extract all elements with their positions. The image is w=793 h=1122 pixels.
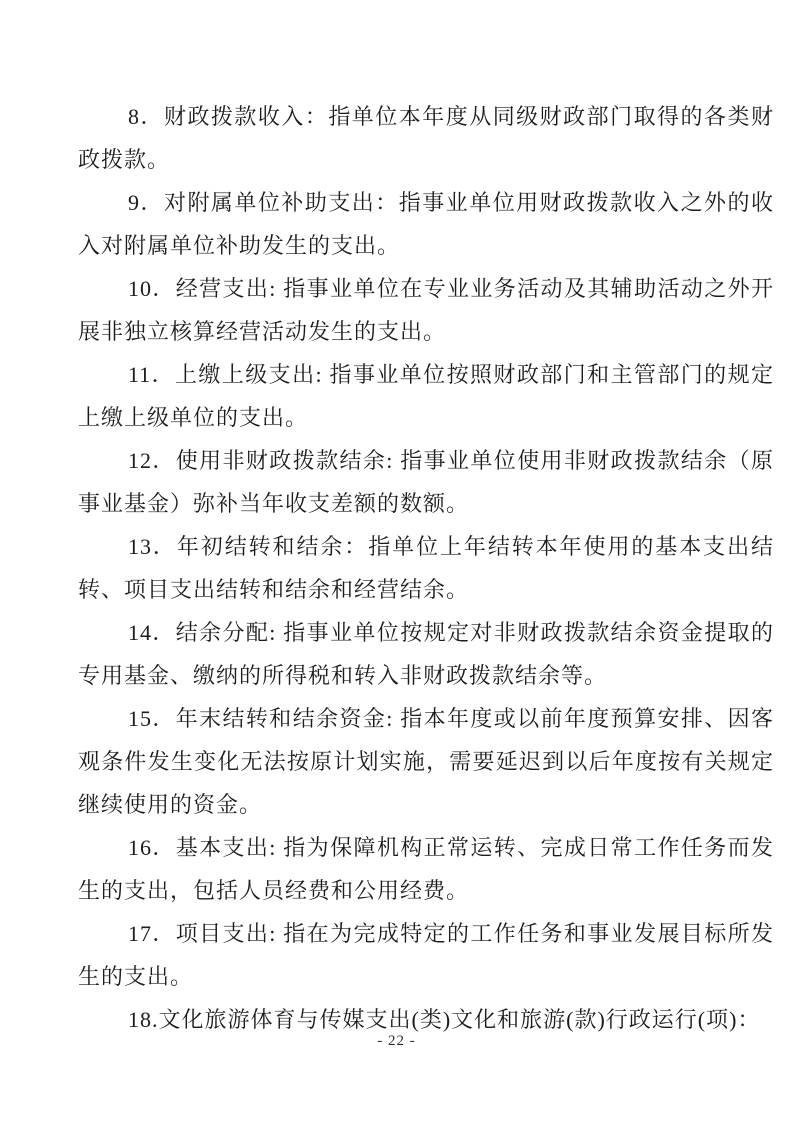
definition-item-10: 10．经营支出: 指事业单位在专业业务活动及其辅助活动之外开展非独立核算经营活动…	[78, 267, 774, 353]
definition-item-11: 11．上缴上级支出: 指事业单位按照财政部门和主管部门的规定上缴上级单位的支出。	[78, 353, 774, 439]
document-body: 8．财政拨款收入：指单位本年度从同级财政部门取得的各类财政拨款。 9．对附属单位…	[78, 95, 774, 1041]
definition-item-12: 12．使用非财政拨款结余: 指事业单位使用非财政拨款结余（原事业基金）弥补当年收…	[78, 439, 774, 525]
definition-item-9: 9．对附属单位补助支出：指事业单位用财政拨款收入之外的收入对附属单位补助发生的支…	[78, 181, 774, 267]
document-page: 8．财政拨款收入：指单位本年度从同级财政部门取得的各类财政拨款。 9．对附属单位…	[0, 0, 793, 1122]
definition-item-15: 15．年末结转和结余资金: 指本年度或以前年度预算安排、因客观条件发生变化无法按…	[78, 697, 774, 826]
page-number: - 22 -	[0, 1033, 793, 1050]
definition-item-16: 16．基本支出: 指为保障机构正常运转、完成日常工作任务而发生的支出，包括人员经…	[78, 826, 774, 912]
definition-item-14: 14．结余分配: 指事业单位按规定对非财政拨款结余资金提取的专用基金、缴纳的所得…	[78, 611, 774, 697]
definition-item-8: 8．财政拨款收入：指单位本年度从同级财政部门取得的各类财政拨款。	[78, 95, 774, 181]
definition-item-17: 17．项目支出: 指在为完成特定的工作任务和事业发展目标所发生的支出。	[78, 912, 774, 998]
definition-item-13: 13．年初结转和结余：指单位上年结转本年使用的基本支出结转、项目支出结转和结余和…	[78, 525, 774, 611]
